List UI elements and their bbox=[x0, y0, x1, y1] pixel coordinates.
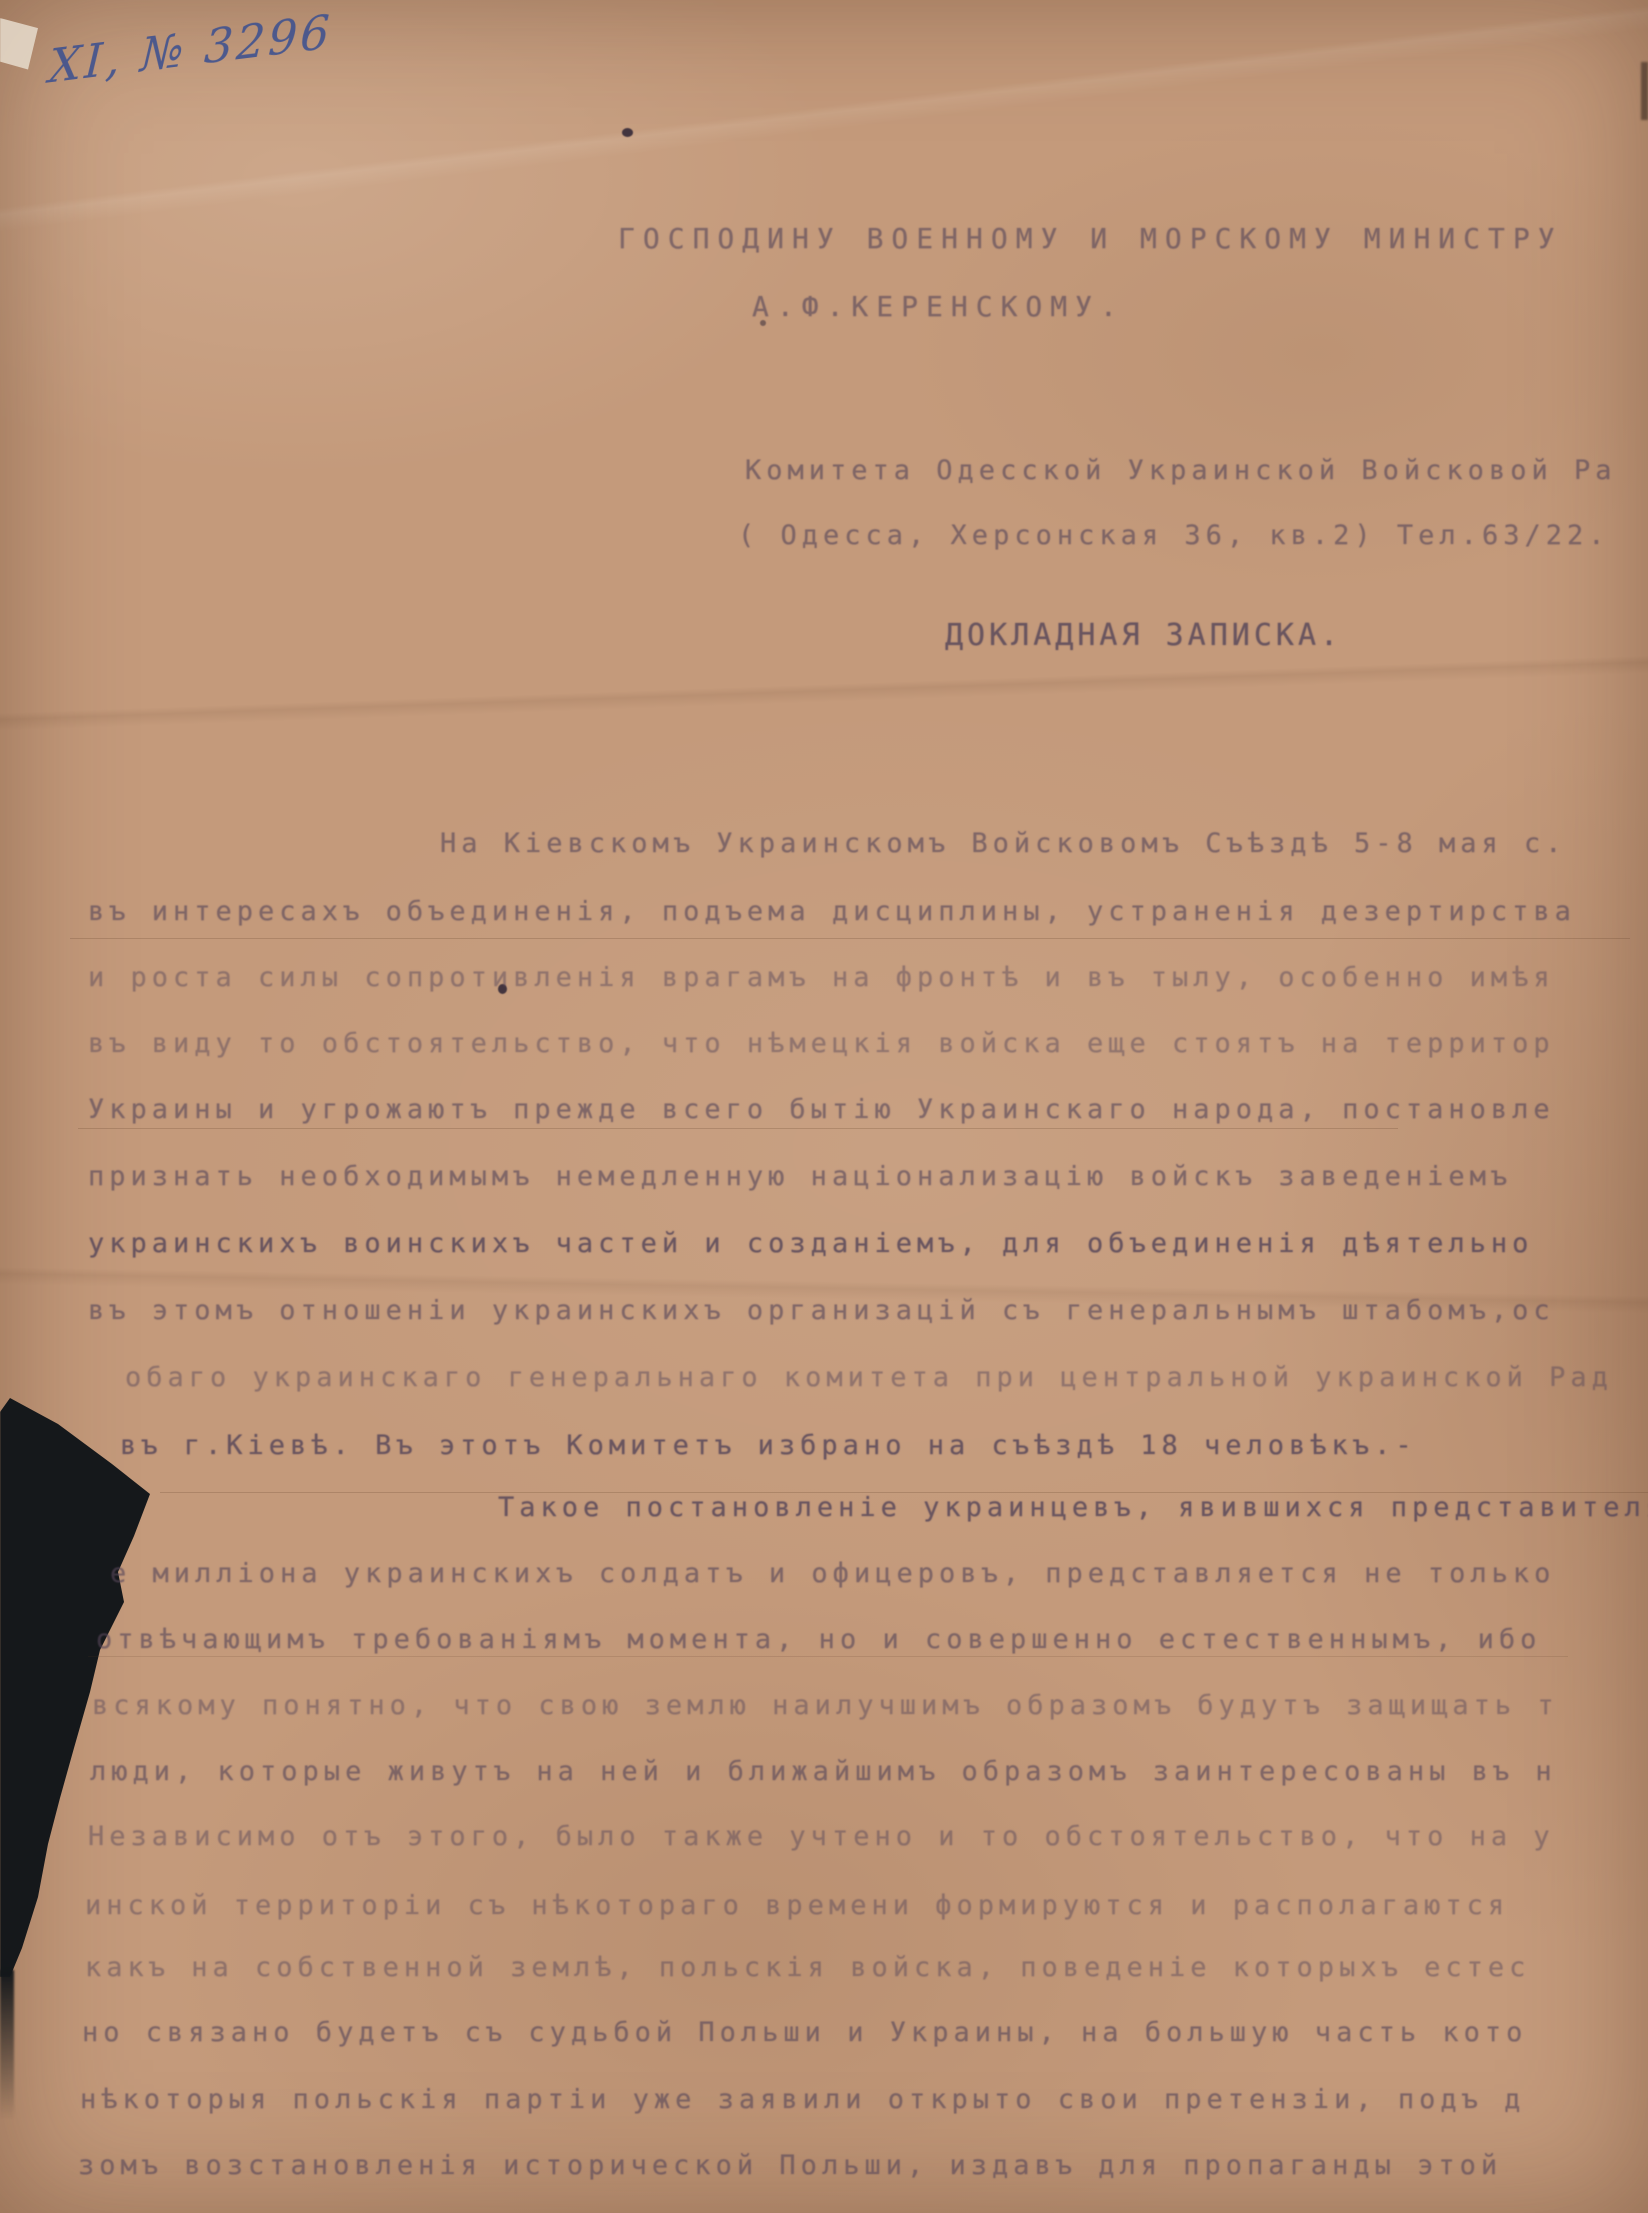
typed-line: обаго украинскаго генеральнаго комитета … bbox=[125, 1362, 1613, 1393]
document-page: XI, № 3296 ГОСПОДИНУ ВОЕННОМУ И МОРСКОМУ… bbox=[0, 0, 1648, 2213]
right-edge-shadow bbox=[1641, 62, 1648, 120]
typed-line: Украины и угрожаютъ прежде всего бытію У… bbox=[88, 1094, 1555, 1125]
faint-rule bbox=[78, 1128, 1398, 1129]
typed-line: инской территоріи съ нѣкотораго времени … bbox=[85, 1890, 1509, 1921]
typed-line: отвѣчающимъ требованіямъ момента, но и с… bbox=[96, 1624, 1541, 1655]
faint-rule bbox=[70, 938, 1630, 939]
sender-line: ( Одесса, Херсонская 36, кв.2) Тел.63/22… bbox=[738, 520, 1609, 551]
document-title: ДОКЛАДНАЯ ЗАПИСКА. bbox=[945, 618, 1342, 653]
typed-line: Такое постановленіе украинцевъ, явившихс… bbox=[498, 1492, 1648, 1523]
typed-line: и роста силы сопротивленія врагамъ на фр… bbox=[88, 962, 1555, 993]
typed-line: но связано будетъ съ судьбой Польши и Ук… bbox=[82, 2017, 1527, 2048]
torn-paper-edge bbox=[0, 18, 40, 74]
typed-line: зомъ возстановленія исторической Польши,… bbox=[78, 2150, 1502, 2181]
sender-line: Комитета Одесской Украинской Войсковой Р… bbox=[745, 455, 1616, 486]
typed-line: всякому понятно, что свою землю наилучши… bbox=[92, 1690, 1559, 1721]
typed-line: въ этомъ отношеніи украинскихъ организац… bbox=[88, 1295, 1555, 1326]
typed-line: въ виду то обстоятельство, что нѣмецкія … bbox=[88, 1028, 1555, 1059]
typed-line: е милліона украинскихъ солдатъ и офицеро… bbox=[110, 1558, 1555, 1589]
typed-line: нѣкоторыя польскія партіи уже заявили от… bbox=[80, 2084, 1525, 2115]
faint-rule bbox=[88, 1656, 1568, 1657]
typed-line: украинскихъ воинскихъ частей и созданіем… bbox=[88, 1228, 1533, 1259]
typed-line: признать необходимымъ немедленную націон… bbox=[88, 1161, 1512, 1192]
typed-line: люди, которые живутъ на ней и ближайшимъ… bbox=[90, 1756, 1557, 1787]
recipient-line: А.Ф.КЕРЕНСКОМУ. bbox=[752, 290, 1125, 323]
typed-line: Независимо отъ этого, было также учтено … bbox=[88, 1821, 1555, 1852]
recipient-line: ГОСПОДИНУ ВОЕННОМУ И МОРСКОМУ МИНИСТРУ bbox=[618, 222, 1563, 255]
torn-black-edge-strip bbox=[0, 1970, 14, 2120]
typed-line: въ г.Кіевѣ. Въ этотъ Комитетъ избрано на… bbox=[120, 1430, 1417, 1461]
typed-line: На Кіевскомъ Украинскомъ Войсковомъ Съѣз… bbox=[440, 828, 1567, 859]
ink-speck bbox=[622, 128, 633, 137]
typed-line: какъ на собственной землѣ, польскія войс… bbox=[85, 1952, 1530, 1983]
typed-line: въ интересахъ объединенія, подъема дисци… bbox=[88, 896, 1576, 927]
archival-note: XI, № 3296 bbox=[48, 4, 334, 94]
